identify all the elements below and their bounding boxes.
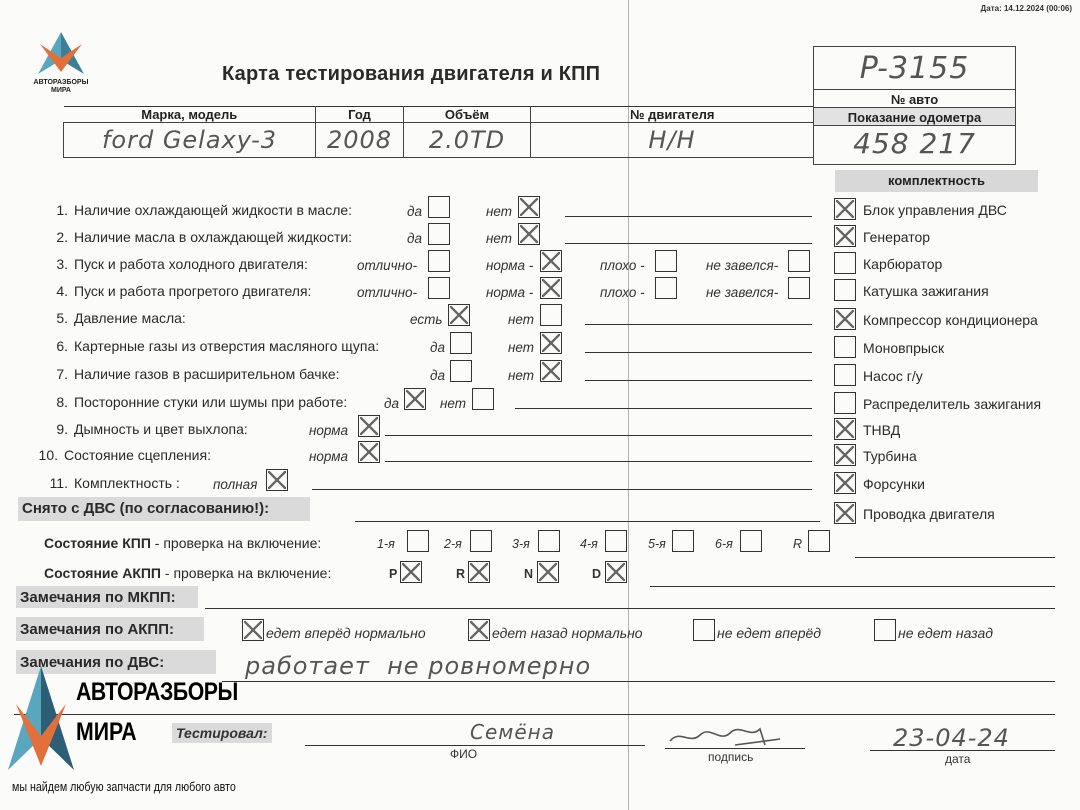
question-number: 9. [48,421,68,437]
checkbox-q1-1[interactable] [428,196,450,218]
checkbox-q2-1[interactable] [428,223,450,245]
akpp-remark-checkbox-1[interactable] [242,619,264,641]
completeness-item-label: Турбина [863,448,917,464]
remarks-engine-line-2[interactable] [14,714,1055,715]
akpp-remark-label: не едет вперёд [717,625,821,641]
question-number: 10. [38,447,58,463]
option-label: нет [486,231,512,246]
option-label: норма - [486,285,533,300]
question-10: 10.Состояние сцепления: [38,447,211,463]
question-number: 7. [48,366,68,382]
akpp-gear-checkbox-2[interactable] [468,561,490,583]
question-7: 7.Наличие газов в расширительном бачке: [48,366,340,382]
mkpp-gear-label: 3-я [512,537,530,551]
question-number: 3. [48,256,68,272]
vehicle-table: Марка, модель Год Объём № двигателя ford… [63,106,814,158]
question-3: 3.Пуск и работа холодного двигателя: [48,256,308,272]
option-label: да [430,340,445,355]
mkpp-gear-checkbox-7[interactable] [808,530,830,552]
small-logo-line2: МИРА [30,87,92,95]
option-label: норма [309,449,348,464]
large-logo-line2: МИРА [76,718,137,747]
checkbox-q4-2[interactable] [540,277,562,299]
signature-line [665,748,805,749]
mkpp-gear-label: 2-я [444,537,462,551]
answer-line[interactable] [385,435,812,436]
checkbox-q8-2[interactable] [472,388,494,410]
answer-line[interactable] [565,243,812,244]
mkpp-gear-checkbox-6[interactable] [740,530,762,552]
checkbox-q8-1[interactable] [404,388,426,410]
tester-fio-line [305,745,645,746]
signature-caption: подпись [708,750,753,764]
test-date-value[interactable]: 23-04-24 [893,724,1010,752]
completeness-header: комплектность [835,170,1038,192]
completeness-checkbox-12[interactable] [834,502,856,524]
completeness-item-label: Форсунки [863,476,925,492]
tested-by-label: Тестировал: [176,725,267,741]
option-label: плохо - [600,285,645,300]
option-label: да [407,231,422,246]
answer-line[interactable] [585,324,812,325]
checkbox-q3-2[interactable] [540,250,562,272]
question-number: 4. [48,283,68,299]
question-text: Пуск и работа прогретого двигателя: [74,283,311,299]
brand-tagline: мы найдем любую запчасти для любого авто [12,779,236,794]
header-make-model: Марка, модель [64,107,316,123]
question-text: Комплектность : [74,475,180,491]
option-label: полная [213,477,257,492]
value-engine-no[interactable]: Н/Н [531,123,814,158]
mkpp-gear-label: 4-я [580,537,598,551]
checkbox-q7-1[interactable] [450,360,472,382]
question-number: 8. [48,394,68,410]
checkbox-q11-1[interactable] [266,469,288,491]
completeness-checkbox-5[interactable] [834,308,856,330]
completeness-item-label: ТНВД [863,422,900,438]
date-caption: дата [945,752,970,766]
mkpp-line [855,557,1055,558]
odometer-label: Показание одометра [814,107,1015,126]
option-label: да [407,204,422,219]
completeness-checkbox-2[interactable] [834,225,856,247]
completeness-checkbox-9[interactable] [834,418,856,440]
option-label: нет [508,368,534,383]
question-number: 2. [48,229,68,245]
auto-number-box: P-3155 № авто Показание одометра 458 217 [813,46,1016,165]
checkbox-q5-2[interactable] [540,304,562,326]
question-5: 5.Давление масла: [48,310,186,326]
mkpp-gear-label: 6-я [715,537,733,551]
small-logo-line1: АВТОРАЗБОРЫ [30,79,92,87]
question-text: Посторонние стуки или шумы при работе: [74,394,347,410]
option-label: норма [309,423,348,438]
answer-line[interactable] [565,216,812,217]
option-label: нет [440,396,466,411]
checkbox-q7-2[interactable] [540,360,562,382]
header-engine-no: № двигателя [531,107,814,123]
answer-line[interactable] [585,352,812,353]
answer-line[interactable] [385,461,812,462]
question-2: 2.Наличие масла в охлаждающей жидкости: [48,229,352,245]
question-text: Наличие охлаждающей жидкости в масле: [74,202,352,218]
question-text: Наличие газов в расширительном бачке: [74,366,340,382]
akpp-remark-checkbox-2[interactable] [468,619,490,641]
remarks-engine-line[interactable] [222,681,1055,682]
completeness-checkbox-11[interactable] [834,472,856,494]
mkpp-gear-checkbox-1[interactable] [407,530,429,552]
akpp-state-label: Состояние АКПП - проверка на включение: [44,565,331,581]
akpp-remark-checkbox-4[interactable] [874,619,896,641]
logo-mark-icon [30,30,92,74]
odometer-value[interactable]: 458 217 [814,127,1015,160]
option-label: нет [508,312,534,327]
question-text: Состояние сцепления: [64,447,211,463]
checkbox-q3-4[interactable] [788,250,810,272]
small-logo: АВТОРАЗБОРЫ МИРА [30,30,92,95]
completeness-item-label: Моновпрыск [863,340,944,356]
question-number: 6. [48,338,68,354]
answer-line[interactable] [312,489,812,490]
question-number: 5. [48,310,68,326]
value-make-model[interactable]: ford Gelaxy-3 [64,123,316,158]
fio-caption: ФИО [450,747,477,761]
mkpp-gear-checkbox-4[interactable] [605,530,627,552]
page-title: Карта тестирования двигателя и КПП [222,63,600,86]
option-label: норма - [486,258,533,273]
checkbox-q3-1[interactable] [428,250,450,272]
akpp-gear-label: N [524,567,533,581]
removed-line [355,521,820,522]
removed-label: Снято с ДВС (по согласованию!): [22,500,269,517]
question-11: 11.Комплектность : [48,475,180,491]
mkpp-state-label: Состояние КПП - проверка на включение: [44,535,321,551]
completeness-item-label: Катушка зажигания [863,283,989,299]
completeness-checkbox-10[interactable] [834,444,856,466]
checkbox-q4-3[interactable] [655,277,677,299]
option-label: да [384,396,399,411]
question-9: 9.Дымность и цвет выхлопа: [48,421,248,437]
checkbox-q9-1[interactable] [358,415,380,437]
question-6: 6.Картерные газы из отверстия масляного … [48,338,379,354]
tester-fio-value[interactable]: Семёна [470,720,555,744]
option-label: есть [410,312,442,327]
mkpp-gear-label: R [793,537,802,551]
option-label: нет [508,340,534,355]
answer-line[interactable] [515,408,812,409]
checkbox-q1-2[interactable] [518,196,540,218]
akpp-gear-label: P [389,567,397,581]
question-text: Пуск и работа холодного двигателя: [74,256,308,272]
large-logo-line1: АВТОРАЗБОРЫ [76,678,238,707]
akpp-gear-checkbox-1[interactable] [400,561,422,583]
question-8: 8.Посторонние стуки или шумы при работе: [48,394,347,410]
question-text: Давление масла: [74,310,186,326]
question-text: Дымность и цвет выхлопа: [74,421,248,437]
datestamp: Дата: 14.12.2024 (00:06) [981,4,1072,13]
checkbox-q5-1[interactable] [448,304,470,326]
akpp-gear-checkbox-3[interactable] [537,561,559,583]
completeness-item-label: Карбюратор [863,256,942,272]
remarks-mkpp-line[interactable] [205,608,1055,609]
completeness-checkbox-1[interactable] [834,198,856,220]
checkbox-q6-2[interactable] [540,332,562,354]
checkbox-q4-4[interactable] [788,277,810,299]
question-text: Наличие масла в охлаждающей жидкости: [74,229,352,245]
akpp-line [650,586,1055,587]
akpp-remark-label: едет назад нормально [492,625,643,641]
option-label: плохо - [600,258,645,273]
akpp-remark-label: едет вперёд нормально [266,625,426,641]
completeness-item-label: Блок управления ДВС [863,202,1007,218]
question-4: 4.Пуск и работа прогретого двигателя: [48,283,311,299]
completeness-checkbox-8[interactable] [834,392,856,414]
mkpp-gear-label: 5-я [648,537,666,551]
mkpp-gear-checkbox-2[interactable] [470,530,492,552]
remarks-akpp-label: Замечания по АКПП: [20,621,174,638]
completeness-item-label: Компрессор кондиционера [863,312,1038,328]
completeness-checkbox-3[interactable] [834,252,856,274]
akpp-gear-label: R [456,567,465,581]
akpp-gear-label: D [592,567,601,581]
option-label: не завелся- [706,285,778,300]
completeness-item-label: Насос г/у [863,368,923,384]
mkpp-gear-label: 1-я [377,537,395,551]
question-number: 11. [48,475,68,491]
header-volume: Объём [404,107,531,123]
completeness-item-label: Генератор [863,229,930,245]
akpp-remark-checkbox-3[interactable] [693,619,715,641]
checkbox-q2-2[interactable] [518,223,540,245]
answer-line[interactable] [585,380,812,381]
option-label: не завелся- [706,258,778,273]
auto-number-label: № авто [814,89,1015,108]
completeness-checkbox-4[interactable] [834,279,856,301]
akpp-remark-label: не едет назад [898,625,993,641]
remarks-engine-value[interactable]: работает не ровномерно [245,652,591,680]
completeness-checkbox-6[interactable] [834,336,856,358]
auto-number-value[interactable]: P-3155 [814,51,1015,86]
value-year[interactable]: 2008 [316,123,404,158]
option-label: отлично- [357,285,417,300]
mkpp-gear-checkbox-5[interactable] [672,530,694,552]
large-logo-mark-icon [6,666,76,770]
option-label: отлично- [357,258,417,273]
checkbox-q4-1[interactable] [428,277,450,299]
checkbox-q3-3[interactable] [655,250,677,272]
question-1: 1.Наличие охлаждающей жидкости в масле: [48,202,352,218]
completeness-item-label: Распределитель зажигания [863,396,1041,412]
akpp-gear-checkbox-4[interactable] [605,561,627,583]
completeness-item-label: Проводка двигателя [863,506,995,522]
header-year: Год [316,107,404,123]
checkbox-q6-1[interactable] [450,332,472,354]
completeness-checkbox-7[interactable] [834,364,856,386]
option-label: да [430,368,445,383]
option-label: нет [486,204,512,219]
mkpp-gear-checkbox-3[interactable] [538,530,560,552]
remarks-mkpp-label: Замечания по МКПП: [20,589,176,606]
value-volume[interactable]: 2.0TD [404,123,531,158]
test-date-line [870,750,1055,751]
question-number: 1. [48,202,68,218]
checkbox-q10-1[interactable] [358,441,380,463]
question-text: Картерные газы из отверстия масляного щу… [74,338,379,354]
